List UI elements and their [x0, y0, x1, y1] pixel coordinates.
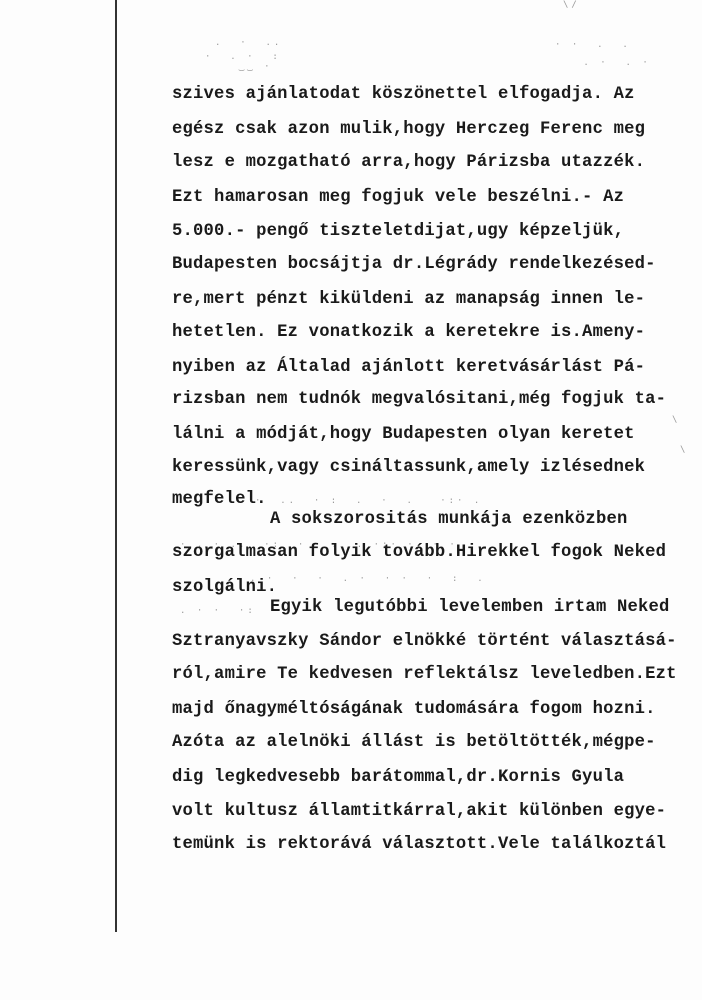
- scan-noise: . · . ·: [575, 58, 651, 68]
- left-margin-rule: [115, 0, 117, 932]
- text-line: A sokszorositás munkája ezenközben: [270, 510, 627, 530]
- text-line: szives ajánlatodat köszönettel elfogadja…: [172, 85, 635, 105]
- text-line: nyiben az Általad ajánlott keretvásárlás…: [172, 358, 645, 378]
- text-line: lesz e mozgatható arra,hogy Párizsba uta…: [172, 153, 645, 173]
- scan-noise: · .. · : . · . ·:· .: [255, 496, 482, 506]
- text-line: szorgalmasan folyik tovább.Hirekkel fogo…: [172, 543, 666, 563]
- text-line: ról,amire Te kedvesen reflektálsz levele…: [172, 665, 677, 685]
- text-line: Sztranyavszky Sándor elnökké történt vál…: [172, 632, 677, 652]
- text-line: Budapesten bocsájtja dr.Légrády rendelke…: [172, 255, 656, 275]
- scan-noise: . · · · . · · · · : .: [250, 574, 486, 584]
- scan-noise: . · ..: [215, 38, 282, 48]
- document-page: . · .. · . · : ‿‿ · · · . . . · . · \/ ·…: [0, 0, 702, 1000]
- text-line: megfelel.: [172, 490, 267, 510]
- scan-noise: \/: [563, 0, 580, 10]
- text-line: Azóta az alelnöki állást is betöltötték,…: [172, 733, 656, 753]
- text-line: volt kultusz államtitkárral,akit különbe…: [172, 802, 666, 822]
- scan-noise: ‿‿ ·: [222, 62, 273, 72]
- scan-noise: \: [672, 415, 680, 425]
- text-line: majd őnagyméltóságának tudomására fogom …: [172, 700, 656, 720]
- text-line: hetetlen. Ez vonatkozik a keretekre is.A…: [172, 323, 645, 343]
- scan-noise: . · · ·:: [180, 606, 256, 616]
- text-line: dig legkedvesebb barátommal,dr.Kornis Gy…: [172, 768, 624, 788]
- text-line: szolgálni.: [172, 578, 277, 598]
- scan-noise: \: [680, 445, 688, 455]
- text-line: re,mert pénzt kiküldeni az manapság inne…: [172, 290, 645, 310]
- text-line: rizsban nem tudnók megvalósitani,még fog…: [172, 390, 666, 410]
- text-line: Egyik legutóbbi levelemben irtam Neked: [270, 598, 670, 618]
- scan-noise: · . · :: [205, 52, 281, 62]
- text-line: temünk is rektorává választott.Vele talá…: [172, 835, 666, 855]
- text-line: Ezt hamarosan meg fogjuk vele beszélni.-…: [172, 188, 624, 208]
- text-line: keressünk,vagy csináltassunk,amely izlés…: [172, 458, 645, 478]
- text-line: lálni a módját,hogy Budapesten olyan ker…: [172, 425, 635, 445]
- scan-noise: · · . .: [555, 40, 631, 50]
- text-line: 5.000.- pengő tiszteletdijat,ugy képzelj…: [172, 222, 624, 242]
- text-line: egész csak azon mulik,hogy Herczeg Feren…: [172, 120, 645, 140]
